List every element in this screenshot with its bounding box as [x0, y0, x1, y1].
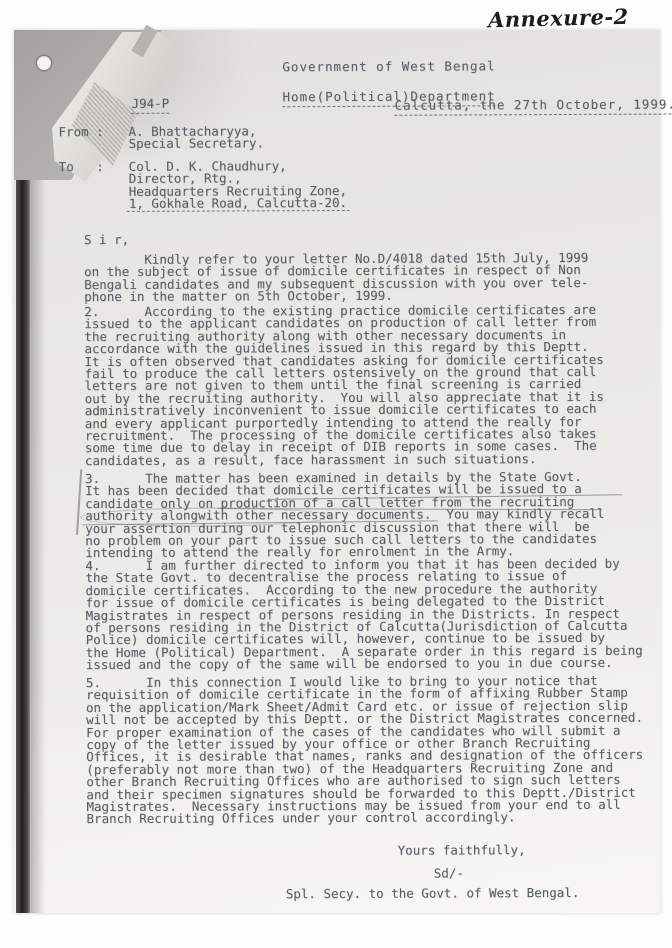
- from-label: From :: [58, 126, 103, 139]
- signature-sd: Sd/-: [434, 867, 464, 880]
- from-lines: A. Bhattacharyya, Special Secretary.: [128, 125, 264, 150]
- paragraph-5: 5. In this connection I would like to br…: [86, 675, 644, 826]
- paragraph-1: Kindly refer to your letter No.D/4018 da…: [84, 252, 588, 304]
- letterhead-line1: Government of West Bengal: [282, 58, 495, 74]
- paragraph-4: 4. I am further directed to inform you t…: [85, 558, 642, 672]
- paragraph-2: 2. According to the existing practice do…: [84, 304, 604, 468]
- salutation: S i r,: [84, 234, 129, 247]
- valediction: Yours faithfully,: [398, 844, 526, 857]
- scanned-letter-page: Annexure-2 Government of West Bengal Hom…: [0, 0, 672, 948]
- typewritten-content: Government of West Bengal Home(Political…: [0, 0, 672, 948]
- to-label: To :: [59, 161, 104, 174]
- pen-margin-line: [76, 469, 82, 535]
- to-address-underline: [127, 210, 350, 212]
- reference-number: J94-P: [86, 86, 169, 127]
- dateline: Calcutta, the 27th October, 1999.: [343, 87, 672, 129]
- signatory-title: Spl. Secy. to the Govt. of West Bengal.: [286, 887, 580, 901]
- to-lines: Col. D. K. Chaudhury, Director, Rtg., He…: [129, 160, 347, 211]
